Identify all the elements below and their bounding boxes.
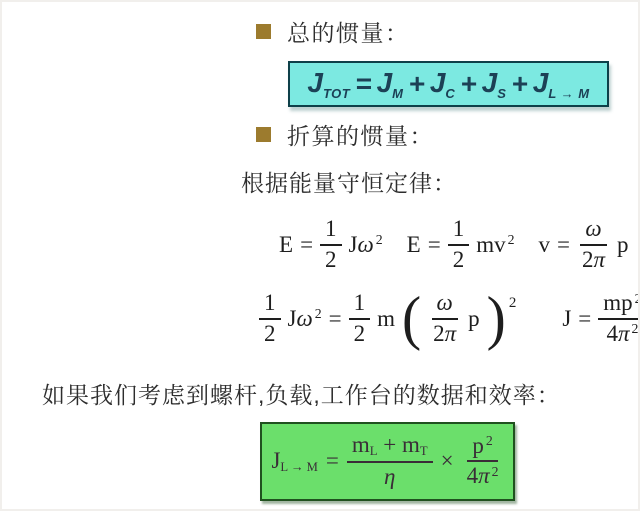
term-j-omega-squared: Jω2	[349, 232, 383, 258]
energy-conservation-text: 根据能量守恒定律：	[241, 165, 457, 198]
bullet-square-icon	[256, 24, 271, 39]
bullet-item-reflected-inertia: 折算的惯量：	[256, 118, 434, 151]
fraction-mp2-4pi2: mp2 4π2	[598, 291, 640, 347]
var-v: v	[539, 232, 551, 258]
equation-inertia-result: J = mp2 4π2	[562, 291, 640, 347]
sub-c: C	[445, 86, 455, 101]
var-E: E	[407, 232, 421, 258]
sub-m: M	[392, 86, 403, 101]
j-c-term: JC	[430, 67, 455, 101]
bullet-square-icon	[256, 127, 271, 142]
j-lm-term: JL → M	[533, 67, 590, 101]
equals-sign: =	[326, 448, 339, 474]
plus-sign: +	[511, 68, 527, 100]
bullet1-label: 总的惯量：	[287, 15, 410, 48]
equation-rotational-energy: E = 1 2 Jω2	[279, 217, 383, 273]
equals-sign: =	[300, 232, 313, 258]
equals-sign: =	[329, 306, 342, 332]
var-p: p	[617, 232, 629, 258]
total-inertia-equation: JTOT = JM + JC + JS + JL → M	[307, 67, 589, 101]
outer-exponent: 2	[509, 295, 517, 312]
fraction-one-half: 1 2	[320, 217, 342, 273]
term-j-omega-squared: Jω2	[288, 306, 322, 332]
sub-s: S	[497, 86, 506, 101]
sub-l-arrow-m: L → M	[548, 86, 589, 101]
math-row-1: E = 1 2 Jω2 E = 1 2 mv2 v = ω 2π p	[279, 213, 629, 277]
j-s-term: JS	[482, 67, 507, 101]
fraction-one-half: 1 2	[448, 217, 470, 273]
reflected-inertia-formula-box: JL → M = mL + mT η × p2 4π2	[260, 422, 515, 501]
equals-sign: =	[355, 68, 371, 100]
total-inertia-formula-box: JTOT = JM + JC + JS + JL → M	[288, 61, 609, 107]
fraction-mass-over-eta: mL + mT η	[347, 433, 433, 490]
reflected-inertia-equation: JL → M = mL + mT η × p2 4π2	[271, 433, 503, 490]
j-tot-term: JTOT	[307, 67, 350, 101]
var-J: J	[562, 306, 571, 332]
sub-l-arrow-m: L → M	[280, 460, 317, 474]
math-row-2: 1 2 Jω2 = 1 2 m ( ω 2π p ) 2 J = mp2 4	[259, 283, 640, 355]
fraction-omega-2pi: ω 2π	[577, 217, 610, 273]
equals-sign: =	[578, 306, 591, 332]
equals-sign: =	[557, 232, 570, 258]
fraction-omega-2pi: ω 2π	[428, 291, 461, 347]
fraction-p2-4pi2: p2 4π2	[462, 434, 504, 490]
j-m-term: JM	[377, 67, 404, 101]
bullet-item-total-inertia: 总的惯量：	[256, 15, 410, 48]
consider-efficiency-text: 如果我们考虑到螺杆,负载,工作台的数据和效率：	[42, 377, 561, 410]
j-lm-term: JL → M	[271, 448, 317, 475]
left-paren: (	[402, 292, 421, 346]
var-p: p	[468, 306, 480, 332]
equation-energy-equality: 1 2 Jω2 = 1 2 m ( ω 2π p ) 2	[259, 291, 516, 347]
right-paren: )	[487, 292, 506, 346]
equation-linear-energy: E = 1 2 mv2	[407, 217, 515, 273]
plus-sign: +	[408, 68, 424, 100]
bullet2-label: 折算的惯量：	[287, 118, 434, 151]
multiply-sign: ×	[441, 448, 454, 474]
sub-tot: TOT	[323, 86, 350, 101]
equals-sign: =	[428, 232, 441, 258]
fraction-one-half: 1 2	[349, 291, 371, 347]
var-E: E	[279, 232, 293, 258]
equation-velocity: v = ω 2π p	[539, 217, 629, 273]
fraction-one-half: 1 2	[259, 291, 281, 347]
term-mv-squared: mv2	[476, 232, 514, 258]
slide-page: 总的惯量： JTOT = JM + JC + JS + JL → M 折算的惯量…	[0, 0, 640, 511]
var-m: m	[377, 306, 395, 332]
plus-sign: +	[460, 68, 476, 100]
